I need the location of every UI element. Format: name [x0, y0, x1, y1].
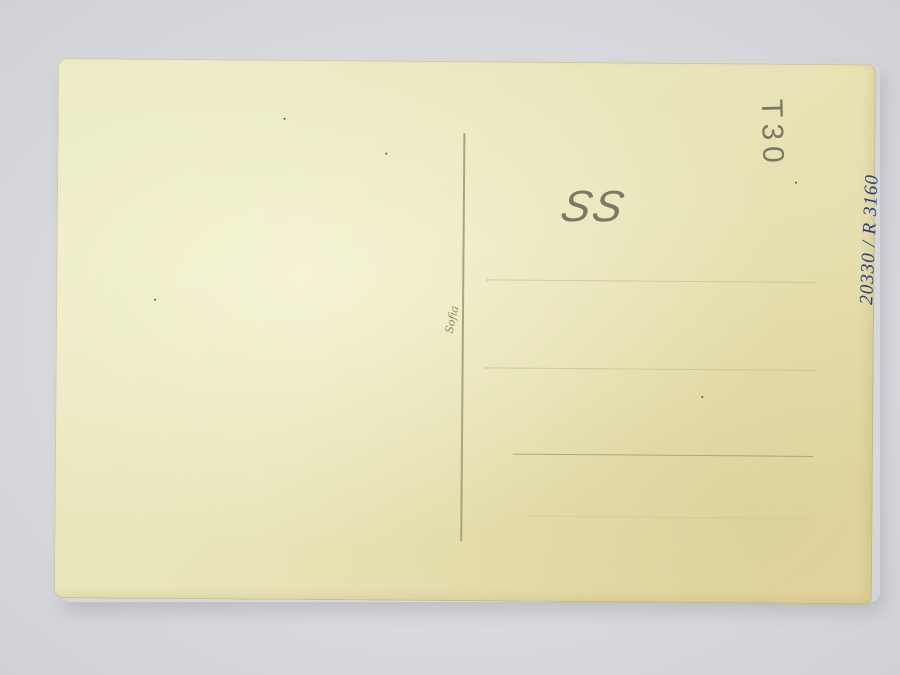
paper-speck [795, 182, 797, 184]
address-line-3 [513, 454, 813, 457]
address-line-4 [530, 516, 810, 519]
pencil-annotation-center: SS [556, 182, 630, 232]
paper-speck [701, 396, 703, 398]
center-divider-line [460, 133, 465, 541]
pencil-annotation-code: T30 [754, 99, 790, 170]
postcard-back: Sofia T30 SS 20330 / R 3160 [54, 58, 876, 604]
address-line-2 [486, 367, 816, 371]
paper-speck [284, 118, 286, 120]
address-line-1 [486, 279, 816, 283]
paper-speck [154, 299, 156, 301]
paper-speck [385, 153, 387, 155]
publisher-mark: Sofia [443, 304, 462, 334]
